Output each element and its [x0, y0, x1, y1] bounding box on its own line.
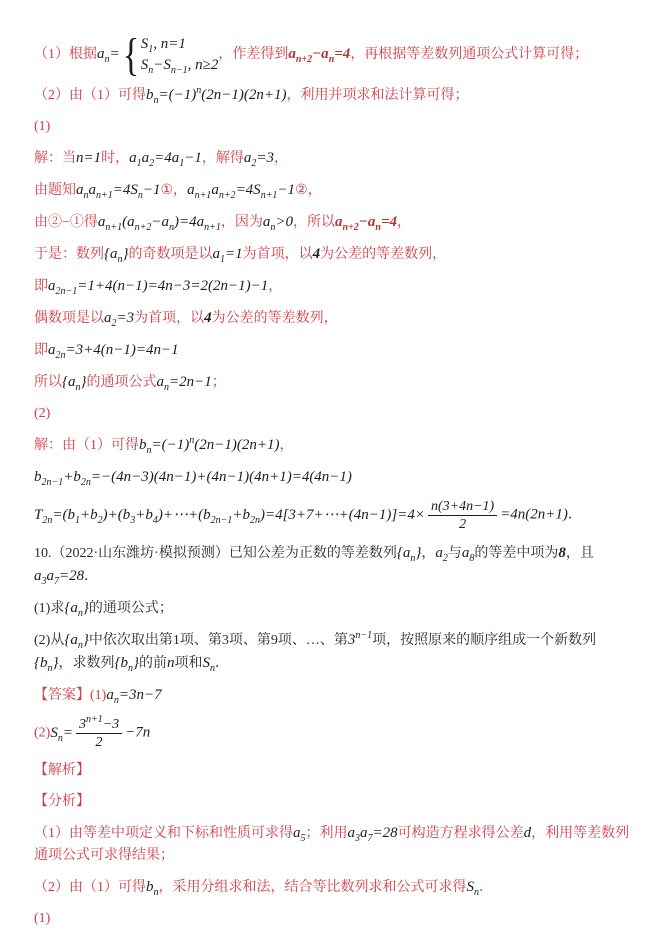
fraction-denominator: 2	[456, 516, 469, 533]
text-segment: (1)求	[34, 601, 64, 616]
solution-line: 由②−①得an+1(an+2−an)=4an+1，因为an>0，所以an+2−a…	[34, 211, 634, 234]
math-segment: an+2−an=4	[335, 214, 397, 230]
fraction-denominator: 2	[93, 734, 106, 751]
solution-line: 即a2n=3+4(n−1)=4n−1	[34, 339, 634, 362]
text-segment: 与	[448, 546, 462, 561]
math-segment: Sn=	[50, 725, 73, 741]
math-segment: a8	[462, 545, 475, 561]
equation-line: T2n=(b1+b2)+(b3+b4)+⋯+(b2n−1+b2n)=4[3+7+…	[34, 498, 634, 533]
math-segment: a2n−1=1+4(n−1)=4n−3=2(2n−1)−1	[48, 278, 268, 294]
math-segment: {an}	[104, 246, 129, 262]
math-segment: a1=1	[213, 246, 243, 262]
text-segment: ，所以	[293, 215, 335, 230]
text-segment: ；利用	[306, 826, 348, 841]
text-segment: ，因为	[221, 215, 263, 230]
math-segment: a2=3	[244, 150, 274, 166]
math-segment: {an}	[397, 545, 422, 561]
section-fenxi: 【分析】	[34, 791, 634, 813]
part-label-1: (1)	[34, 116, 634, 138]
analysis-10-step-2: （2）由（1）可得bn，采用分组求和法，结合等比数列求和公式可求得Sn．	[34, 876, 634, 899]
math-segment: a3a7=28	[34, 568, 84, 584]
math-segment: 4	[204, 310, 212, 326]
text-segment: ．	[568, 508, 582, 523]
math-segment: bn=(−1)n(2n−1)(2n+1)	[146, 87, 286, 103]
analysis-10-step-1: （1）由等差中项定义和下标和性质可求得a5；利用a3a7=28可构造方程求得公差…	[34, 822, 634, 867]
text-segment: 项，按照原来的顺序组成一个新数列	[372, 633, 596, 648]
analysis-step-1: （1）根据an={S1, n=1Sn−Sn−1, n≥2，作差得到an+2−an…	[34, 34, 634, 75]
text-segment: 即	[34, 279, 48, 294]
text-segment: 所以	[34, 375, 62, 390]
cases-row: S1, n=1	[141, 35, 219, 53]
text-segment: ．	[479, 880, 493, 895]
math-segment: a2	[435, 545, 448, 561]
analysis-step-2: （2）由（1）可得bn=(−1)n(2n−1)(2n+1)，利用并项求和法计算可…	[34, 84, 634, 107]
fraction-numerator: 3n+1−3	[76, 716, 122, 734]
text-segment: ，求数列	[59, 656, 115, 671]
document-page: （1）根据an={S1, n=1Sn−Sn−1, n≥2，作差得到an+2−an…	[0, 0, 660, 934]
text-segment: ，解得	[202, 151, 244, 166]
document-lines: （1）根据an={S1, n=1Sn−Sn−1, n≥2，作差得到an+2−an…	[34, 34, 634, 930]
math-segment: n	[167, 655, 175, 671]
math-segment: {an}	[62, 374, 87, 390]
fraction: n(3+4n−1)2	[428, 498, 497, 533]
text-segment: 可构造方程求得公差	[398, 826, 524, 841]
text-segment: 解：由（1）可得	[34, 438, 139, 453]
math-segment: an=	[97, 46, 120, 62]
text-segment: 偶数项是以	[34, 311, 104, 326]
text-segment: 【分析】	[34, 794, 90, 809]
solution-line: 于是：数列{an}的奇数项是以a1=1为首项，以4为公差的等差数列，	[34, 243, 634, 266]
text-segment: 的奇数项是以	[129, 247, 213, 262]
math-segment: b2n−1+b2n=−(4n−3)(4n−1)+(4n−1)(4n+1)=4(4…	[34, 469, 352, 485]
text-segment: (2)	[34, 406, 50, 421]
text-segment: （2）由（1）可得	[34, 88, 146, 103]
text-segment: ，采用分组求和法，结合等比数列求和公式可求得	[159, 880, 467, 895]
solution-line: 解：当n=1时，a1a2=4a1−1，解得a2=3，	[34, 147, 634, 170]
answer-line-1: 【答案】(1)an=3n−7	[34, 684, 634, 707]
text-segment: 解：当	[34, 151, 76, 166]
text-segment: ，	[421, 546, 435, 561]
math-segment: bn=(−1)n(2n−1)(2n+1)	[139, 437, 279, 453]
math-segment: −7n	[125, 725, 150, 741]
solution-line: 所以{an}的通项公式an=2n−1；	[34, 371, 634, 394]
text-segment: 为公差的等差数列，	[320, 247, 446, 262]
math-segment: an>0	[263, 214, 293, 230]
math-segment: {an}	[64, 600, 89, 616]
text-segment: ，作差得到	[218, 47, 288, 62]
text-segment: （1）由等差中项定义和下标和性质可求得	[34, 826, 293, 841]
math-segment: an+2−an=4	[288, 46, 350, 62]
solution-line: 由题知anan+1=4Sn−1①，an+1an+2=4Sn+1−1②，	[34, 179, 634, 202]
math-segment: {bn}	[34, 655, 59, 671]
math-segment: bn	[146, 879, 159, 895]
text-segment: ，且	[566, 546, 594, 561]
text-segment: ，再根据等差数列通项公式计算可得；	[350, 47, 588, 62]
solution-line: 即a2n−1=1+4(n−1)=4n−3=2(2n−1)−1，	[34, 275, 634, 298]
solution-line: 偶数项是以a2=3为首项，以4为公差的等差数列，	[34, 307, 634, 330]
text-segment: ①，	[161, 183, 188, 198]
problem-10-q1: (1)求{an}的通项公式；	[34, 597, 634, 620]
fraction: 3n+1−32	[76, 716, 122, 751]
math-segment: 8	[558, 545, 566, 561]
math-segment: {an}	[64, 632, 89, 648]
text-segment: （2）由（1）可得	[34, 880, 146, 895]
math-segment: anan+1=4Sn−1	[76, 182, 161, 198]
problem-10-statement: 10.（2022·山东潍坊·模拟预测）已知公差为正数的等差数列{an}，a2与a…	[34, 542, 634, 588]
text-segment: 即	[34, 343, 48, 358]
text-segment: 的前	[139, 656, 167, 671]
equation-line: b2n−1+b2n=−(4n−3)(4n−1)+(4n−1)(4n+1)=4(4…	[34, 466, 634, 489]
text-segment: ，	[397, 215, 411, 230]
text-segment: ；	[212, 375, 226, 390]
math-segment: an+1(an+2−an)=4an+1	[98, 214, 221, 230]
problem-10-q2: (2)从{an}中依次取出第1项、第3项、第9项、…、第3n−1项，按照原来的顺…	[34, 629, 634, 675]
cases-row: Sn−Sn−1, n≥2	[141, 56, 219, 74]
text-segment: 【答案】	[34, 688, 90, 703]
math-segment: an+1an+2=4Sn+1−1	[187, 182, 295, 198]
text-segment: 中依次取出第1项、第3项、第9项、…、第	[89, 633, 348, 648]
solution-line: 解：由（1）可得bn=(−1)n(2n−1)(2n+1)，	[34, 434, 634, 457]
text-segment: (2)	[34, 726, 50, 741]
math-segment: d	[524, 825, 532, 841]
math-segment: a2n=3+4(n−1)=4n−1	[48, 342, 179, 358]
math-segment: {bn}	[115, 655, 140, 671]
math-segment: 3n−1	[348, 632, 372, 648]
text-segment: (1)	[90, 688, 106, 703]
math-segment: Sn	[467, 879, 480, 895]
text-segment: 为公差的等差数列，	[212, 311, 338, 326]
text-segment: 的等差中项为	[474, 546, 558, 561]
text-segment: ，利用并项求和法计算可得；	[286, 88, 468, 103]
section-jiexi: 【解析】	[34, 760, 634, 782]
math-segment: an=2n−1	[157, 374, 212, 390]
text-segment: 【解析】	[34, 763, 90, 778]
cases-equation: {S1, n=1Sn−Sn−1, n≥2	[120, 34, 219, 75]
math-segment: a5	[293, 825, 306, 841]
text-segment: ．	[215, 656, 229, 671]
text-segment: 由题知	[34, 183, 76, 198]
text-segment: ，	[274, 151, 288, 166]
text-segment: ．	[84, 569, 98, 584]
part-label-1-bottom: (1)	[34, 908, 634, 930]
math-segment: a2=3	[104, 310, 134, 326]
text-segment: 的通项公式；	[89, 601, 173, 616]
text-segment: 为首项，以	[243, 247, 313, 262]
text-segment: (2)从	[34, 633, 64, 648]
text-segment: (1)	[34, 911, 50, 926]
text-segment: 时，	[101, 151, 129, 166]
text-segment: 为首项，以	[134, 311, 204, 326]
text-segment: 于是：数列	[34, 247, 104, 262]
math-segment: =4n(2n+1)	[500, 507, 568, 523]
text-segment: 10.（2022·山东潍坊·模拟预测）已知公差为正数的等差数列	[34, 546, 397, 561]
math-segment: an=3n−7	[106, 687, 161, 703]
math-segment: T2n=(b1+b2)+(b3+b4)+⋯+(b2n−1+b2n)=4[3+7+…	[34, 507, 425, 523]
answer-line-2: (2)Sn=3n+1−32−7n	[34, 716, 634, 751]
text-segment: 项和	[175, 656, 203, 671]
text-segment: (1)	[34, 119, 50, 134]
text-segment: 由②−①得	[34, 215, 98, 230]
fraction-numerator: n(3+4n−1)	[428, 498, 497, 516]
text-segment: 的通项公式	[87, 375, 157, 390]
math-segment: Sn	[203, 655, 216, 671]
left-brace: {	[122, 34, 139, 75]
math-segment: a1a2=4a1−1	[129, 150, 202, 166]
text-segment: ，	[279, 438, 293, 453]
text-segment: （1）根据	[34, 47, 97, 62]
math-segment: n=1	[76, 150, 101, 166]
part-label-2: (2)	[34, 403, 634, 425]
math-segment: 4	[313, 246, 321, 262]
text-segment: ②，	[295, 183, 322, 198]
text-segment: ，	[268, 279, 282, 294]
math-segment: a3a7=28	[348, 825, 398, 841]
